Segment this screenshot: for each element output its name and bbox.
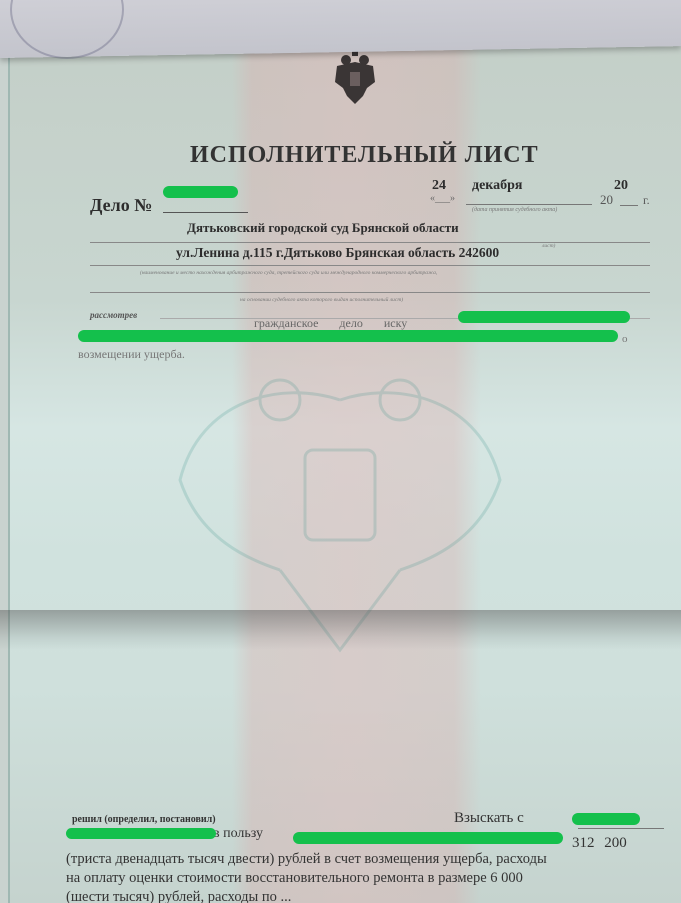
in-favor-label: в пользу	[213, 826, 263, 842]
considered-label: рассмотрев	[90, 310, 137, 320]
date-year-unit: г.	[643, 193, 650, 208]
body-line-1: (триста двенадцать тысяч двести) рублей …	[66, 851, 547, 868]
paper-fold	[0, 610, 681, 650]
date-year-line	[620, 205, 638, 206]
case-number-label: Дело №	[90, 195, 152, 216]
court-address: ул.Ленина д.115 г.Дятьково Брянская обла…	[176, 245, 499, 261]
body-line-3: (шести тысяч) рублей, расходы по ...	[66, 889, 291, 903]
damage-text: возмещении ущерба.	[78, 347, 185, 362]
court-caption: (наименование и место нахождения арбитра…	[140, 270, 437, 276]
case-description: гражданское дело иску	[254, 316, 407, 331]
court-name: Дятьковский городской суд Брянской облас…	[187, 220, 459, 236]
recover-line	[578, 828, 664, 829]
date-quote-marks: «___»	[430, 193, 455, 204]
court-address-rule	[90, 265, 650, 266]
redacted-debtor-cont	[66, 828, 216, 839]
decided-label: решил (определил, постановил)	[72, 814, 216, 825]
case-number-field-line	[163, 212, 248, 213]
redacted-case-number	[163, 186, 238, 198]
date-month: декабря	[472, 178, 523, 194]
redacted-plaintiff	[458, 311, 630, 323]
date-caption: (дата принятия судебного акта)	[472, 207, 557, 213]
caption-tail: лист)	[542, 243, 555, 249]
court-name-rule	[90, 242, 650, 243]
body-line-2: на оплату оценки стоимости восстановител…	[66, 870, 523, 887]
redacted-creditor	[293, 832, 563, 844]
document-title: ИСПОЛНИТЕЛЬНЫЙ ЛИСТ	[190, 142, 539, 169]
date-day: 24	[432, 178, 446, 194]
russian-coat-of-arms-icon	[333, 48, 377, 106]
date-month-line	[466, 204, 592, 205]
act-caption: на основании судебного акта которого выд…	[240, 297, 403, 303]
redacted-debtor	[572, 813, 640, 825]
case-description-end: о	[622, 333, 628, 345]
act-rule	[90, 292, 650, 293]
amount: 312 200	[572, 835, 627, 852]
redacted-defendant	[78, 330, 618, 342]
date-year-prefix: 20	[600, 192, 613, 208]
date-year: 20	[614, 178, 628, 194]
recover-label: Взыскать с	[454, 810, 524, 827]
